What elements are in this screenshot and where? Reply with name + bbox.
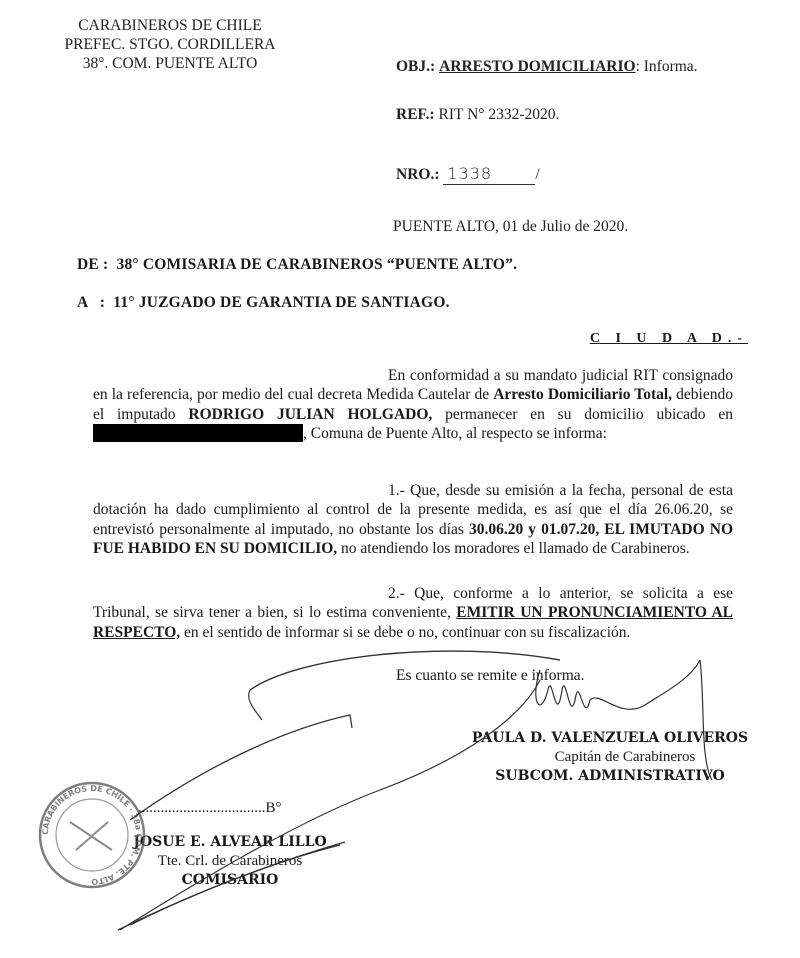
nro-suffix: / — [535, 166, 539, 183]
reference-line: REF.: RIT N° 2332-2020. — [396, 106, 559, 124]
from-line: DE : 38° COMISARIA DE CARABINEROS “PUENT… — [77, 256, 517, 274]
to-value: 11° JUZGADO DE GARANTIA DE SANTIAGO. — [113, 294, 449, 311]
ink-overlay: CARABINEROS DE CHILE · 38a COM. PTE. ALT… — [0, 0, 800, 958]
letterhead-prefecture: PREFEC. STGO. CORDILLERA — [40, 35, 300, 54]
paragraph-point-1: 1.- Que, desde su emisión a la fecha, pe… — [93, 481, 733, 558]
signatory-2-name: JOSUE E. ALVEAR LILLO — [100, 833, 360, 852]
nro-value: 1338 — [447, 164, 492, 183]
intro-text-c: permanecer en su domicilio ubicado en — [432, 406, 733, 423]
closing-line: Es cuanto se remite e informa. — [396, 667, 585, 685]
place-date: PUENTE ALTO, 01 de Julio de 2020. — [393, 218, 628, 236]
signatory-1-name: PAULA D. VALENZUELA OLIVEROS — [455, 729, 765, 748]
ref-label: REF.: — [396, 106, 435, 123]
signature-block-1: PAULA D. VALENZUELA OLIVEROS Capitán de … — [455, 729, 765, 786]
intro-text-d: , Comuna de Puente Alto, al respecto se … — [303, 425, 607, 442]
destination-city: C I U D A D.- — [590, 331, 748, 347]
ref-value: RIT N° 2332-2020. — [439, 106, 560, 123]
to-line: A : 11° JUZGADO DE GARANTIA DE SANTIAGO. — [77, 294, 450, 312]
paragraph-intro: En conformidad a su mandato judicial RIT… — [93, 366, 733, 443]
signature-block-2: JOSUE E. ALVEAR LILLO Tte. Crl. de Carab… — [100, 833, 360, 890]
point2-text-b: en el sentido de informar si se debe o n… — [180, 624, 630, 641]
point1-text-b: no atendiendo los moradores el llamado d… — [337, 540, 690, 557]
redacted-address — [93, 424, 303, 442]
letterhead: CARABINEROS DE CHILE PREFEC. STGO. CORDI… — [40, 16, 300, 73]
signatory-2-position: COMISARIO — [100, 871, 360, 890]
obj-label: OBJ.: — [396, 58, 435, 75]
letterhead-station: 38°. COM. PUENTE ALTO — [40, 54, 300, 73]
from-label: DE : — [77, 256, 108, 273]
from-value: 38° COMISARIA DE CARABINEROS “PUENTE ALT… — [117, 256, 518, 273]
approval-line: ..................................B° — [138, 800, 282, 817]
obj-suffix: : Informa. — [636, 58, 698, 75]
signatory-2-rank: Tte. Crl. de Carabineros — [100, 852, 360, 871]
signatory-1-rank: Capitán de Carabineros — [455, 748, 765, 767]
subject-line: OBJ.: ARRESTO DOMICILIARIO: Informa. — [396, 58, 698, 76]
number-line: NRO.: 1338/ — [396, 164, 540, 185]
nro-label: NRO.: — [396, 166, 439, 183]
letterhead-institution: CARABINEROS DE CHILE — [40, 16, 300, 35]
defendant-name: RODRIGO JULIAN HOLGADO, — [188, 406, 432, 423]
signatory-1-position: SUBCOM. ADMINISTRATIVO — [455, 767, 765, 786]
measure-type: Arresto Domiciliario Total, — [493, 386, 672, 403]
obj-subject: ARRESTO DOMICILIARIO — [439, 58, 636, 75]
paragraph-point-2: 2.- Que, conforme a lo anterior, se soli… — [93, 584, 733, 642]
signature-2-icon — [118, 715, 352, 930]
to-label: A : — [77, 294, 105, 311]
